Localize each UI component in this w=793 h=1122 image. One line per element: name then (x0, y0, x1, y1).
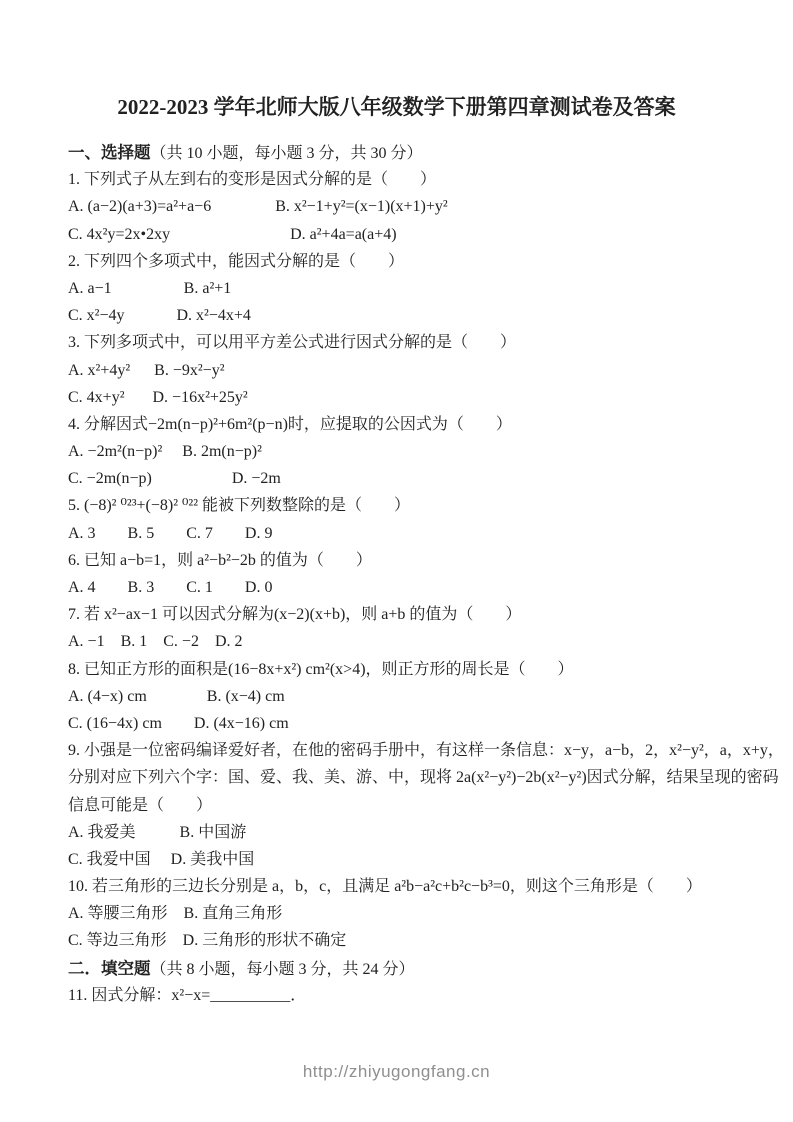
document-content: 一、选择题（共 10 小题，每小题 3 分，共 30 分）1. 下列式子从左到右… (0, 122, 793, 1009)
question-line: A. 我爱美 B. 中国游 (68, 819, 775, 846)
question-line: A. 3 B. 5 C. 7 D. 9 (68, 520, 775, 547)
question-line: 10. 若三角形的三边长分别是 a，b，c，且满足 a²b−a²c+b²c−b³… (68, 873, 775, 900)
question-line: 8. 已知正方形的面积是(16−8x+x²) cm²(x>4)，则正方形的周长是… (68, 656, 775, 683)
question-line: A. x²+4y² B. −9x²−y² (68, 357, 775, 384)
question-line: 6. 已知 a−b=1，则 a²−b²−2b 的值为（ ） (68, 547, 775, 574)
question-line: C. 4x+y² D. −16x²+25y² (68, 384, 775, 411)
question-line: A. −1 B. 1 C. −2 D. 2 (68, 628, 775, 655)
question-line: C. 等边三角形 D. 三角形的形状不确定 (68, 927, 775, 954)
section-heading: 一、选择题（共 10 小题，每小题 3 分，共 30 分） (68, 139, 775, 166)
question-line: C. 4x²y=2x•2xy D. a²+4a=a(a+4) (68, 221, 775, 248)
question-line: 信息可能是（ ） (68, 792, 775, 819)
question-line: A. (4−x) cm B. (x−4) cm (68, 683, 775, 710)
question-line: A. a−1 B. a²+1 (68, 275, 775, 302)
question-line: 9. 小强是一位密码编译爱好者，在他的密码手册中，有这样一条信息：x−y，a−b… (68, 737, 775, 764)
question-line: C. 我爱中国 D. 美我中国 (68, 846, 775, 873)
question-line: C. x²−4y D. x²−4x+4 (68, 302, 775, 329)
question-line: 1. 下列式子从左到右的变形是因式分解的是（ ） (68, 166, 775, 193)
document-page: 2022-2023 学年北师大版八年级数学下册第四章测试卷及答案 一、选择题（共… (0, 0, 793, 1122)
question-line: 11. 因式分解：x²−x=__________． (68, 982, 775, 1009)
question-line: 3. 下列多项式中，可以用平方差公式进行因式分解的是（ ） (68, 329, 775, 356)
question-line: 5. (−8)² ⁰²³+(−8)² ⁰²² 能被下列数整除的是（ ） (68, 492, 775, 519)
section-heading-title: 一、选择题 (68, 143, 151, 162)
page-title: 2022-2023 学年北师大版八年级数学下册第四章测试卷及答案 (0, 0, 793, 122)
question-line: A. −2m²(n−p)² B. 2m(n−p)² (68, 438, 775, 465)
section-heading: 二．填空题（共 8 小题，每小题 3 分，共 24 分） (68, 955, 775, 982)
footer-watermark-url: http://zhiyugongfang.cn (0, 1062, 793, 1082)
question-line: A. 等腰三角形 B. 直角三角形 (68, 900, 775, 927)
question-line: A. (a−2)(a+3)=a²+a−6 B. x²−1+y²=(x−1)(x+… (68, 193, 775, 220)
question-line: C. (16−4x) cm D. (4x−16) cm (68, 710, 775, 737)
question-line: A. 4 B. 3 C. 1 D. 0 (68, 574, 775, 601)
question-line: 7. 若 x²−ax−1 可以因式分解为(x−2)(x+b)，则 a+b 的值为… (68, 601, 775, 628)
section-heading-note: （共 10 小题，每小题 3 分，共 30 分） (151, 145, 423, 162)
question-line: 2. 下列四个多项式中，能因式分解的是（ ） (68, 248, 775, 275)
question-line: 分别对应下列六个字：国、爱、我、美、游、中，现将 2a(x²−y²)−2b(x²… (68, 764, 775, 791)
section-heading-note: （共 8 小题，每小题 3 分，共 24 分） (151, 961, 415, 978)
question-line: 4. 分解因式−2m(n−p)²+6m²(p−n)时，应提取的公因式为（ ） (68, 411, 775, 438)
section-heading-title: 二．填空题 (68, 959, 151, 978)
question-line: C. −2m(n−p) D. −2m (68, 465, 775, 492)
